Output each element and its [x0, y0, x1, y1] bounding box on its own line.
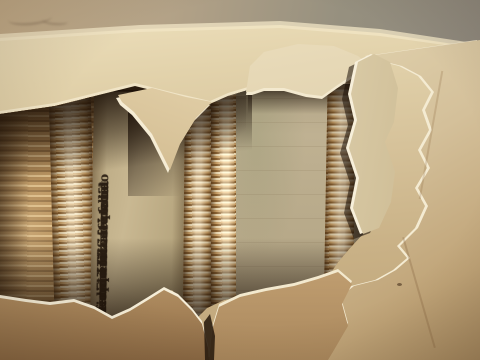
- photo-of-damaged-medieval-book: gater nō ſic aīſ pecia oīa aliqđ fit ī o…: [0, 0, 480, 360]
- cover-speck: [397, 283, 402, 286]
